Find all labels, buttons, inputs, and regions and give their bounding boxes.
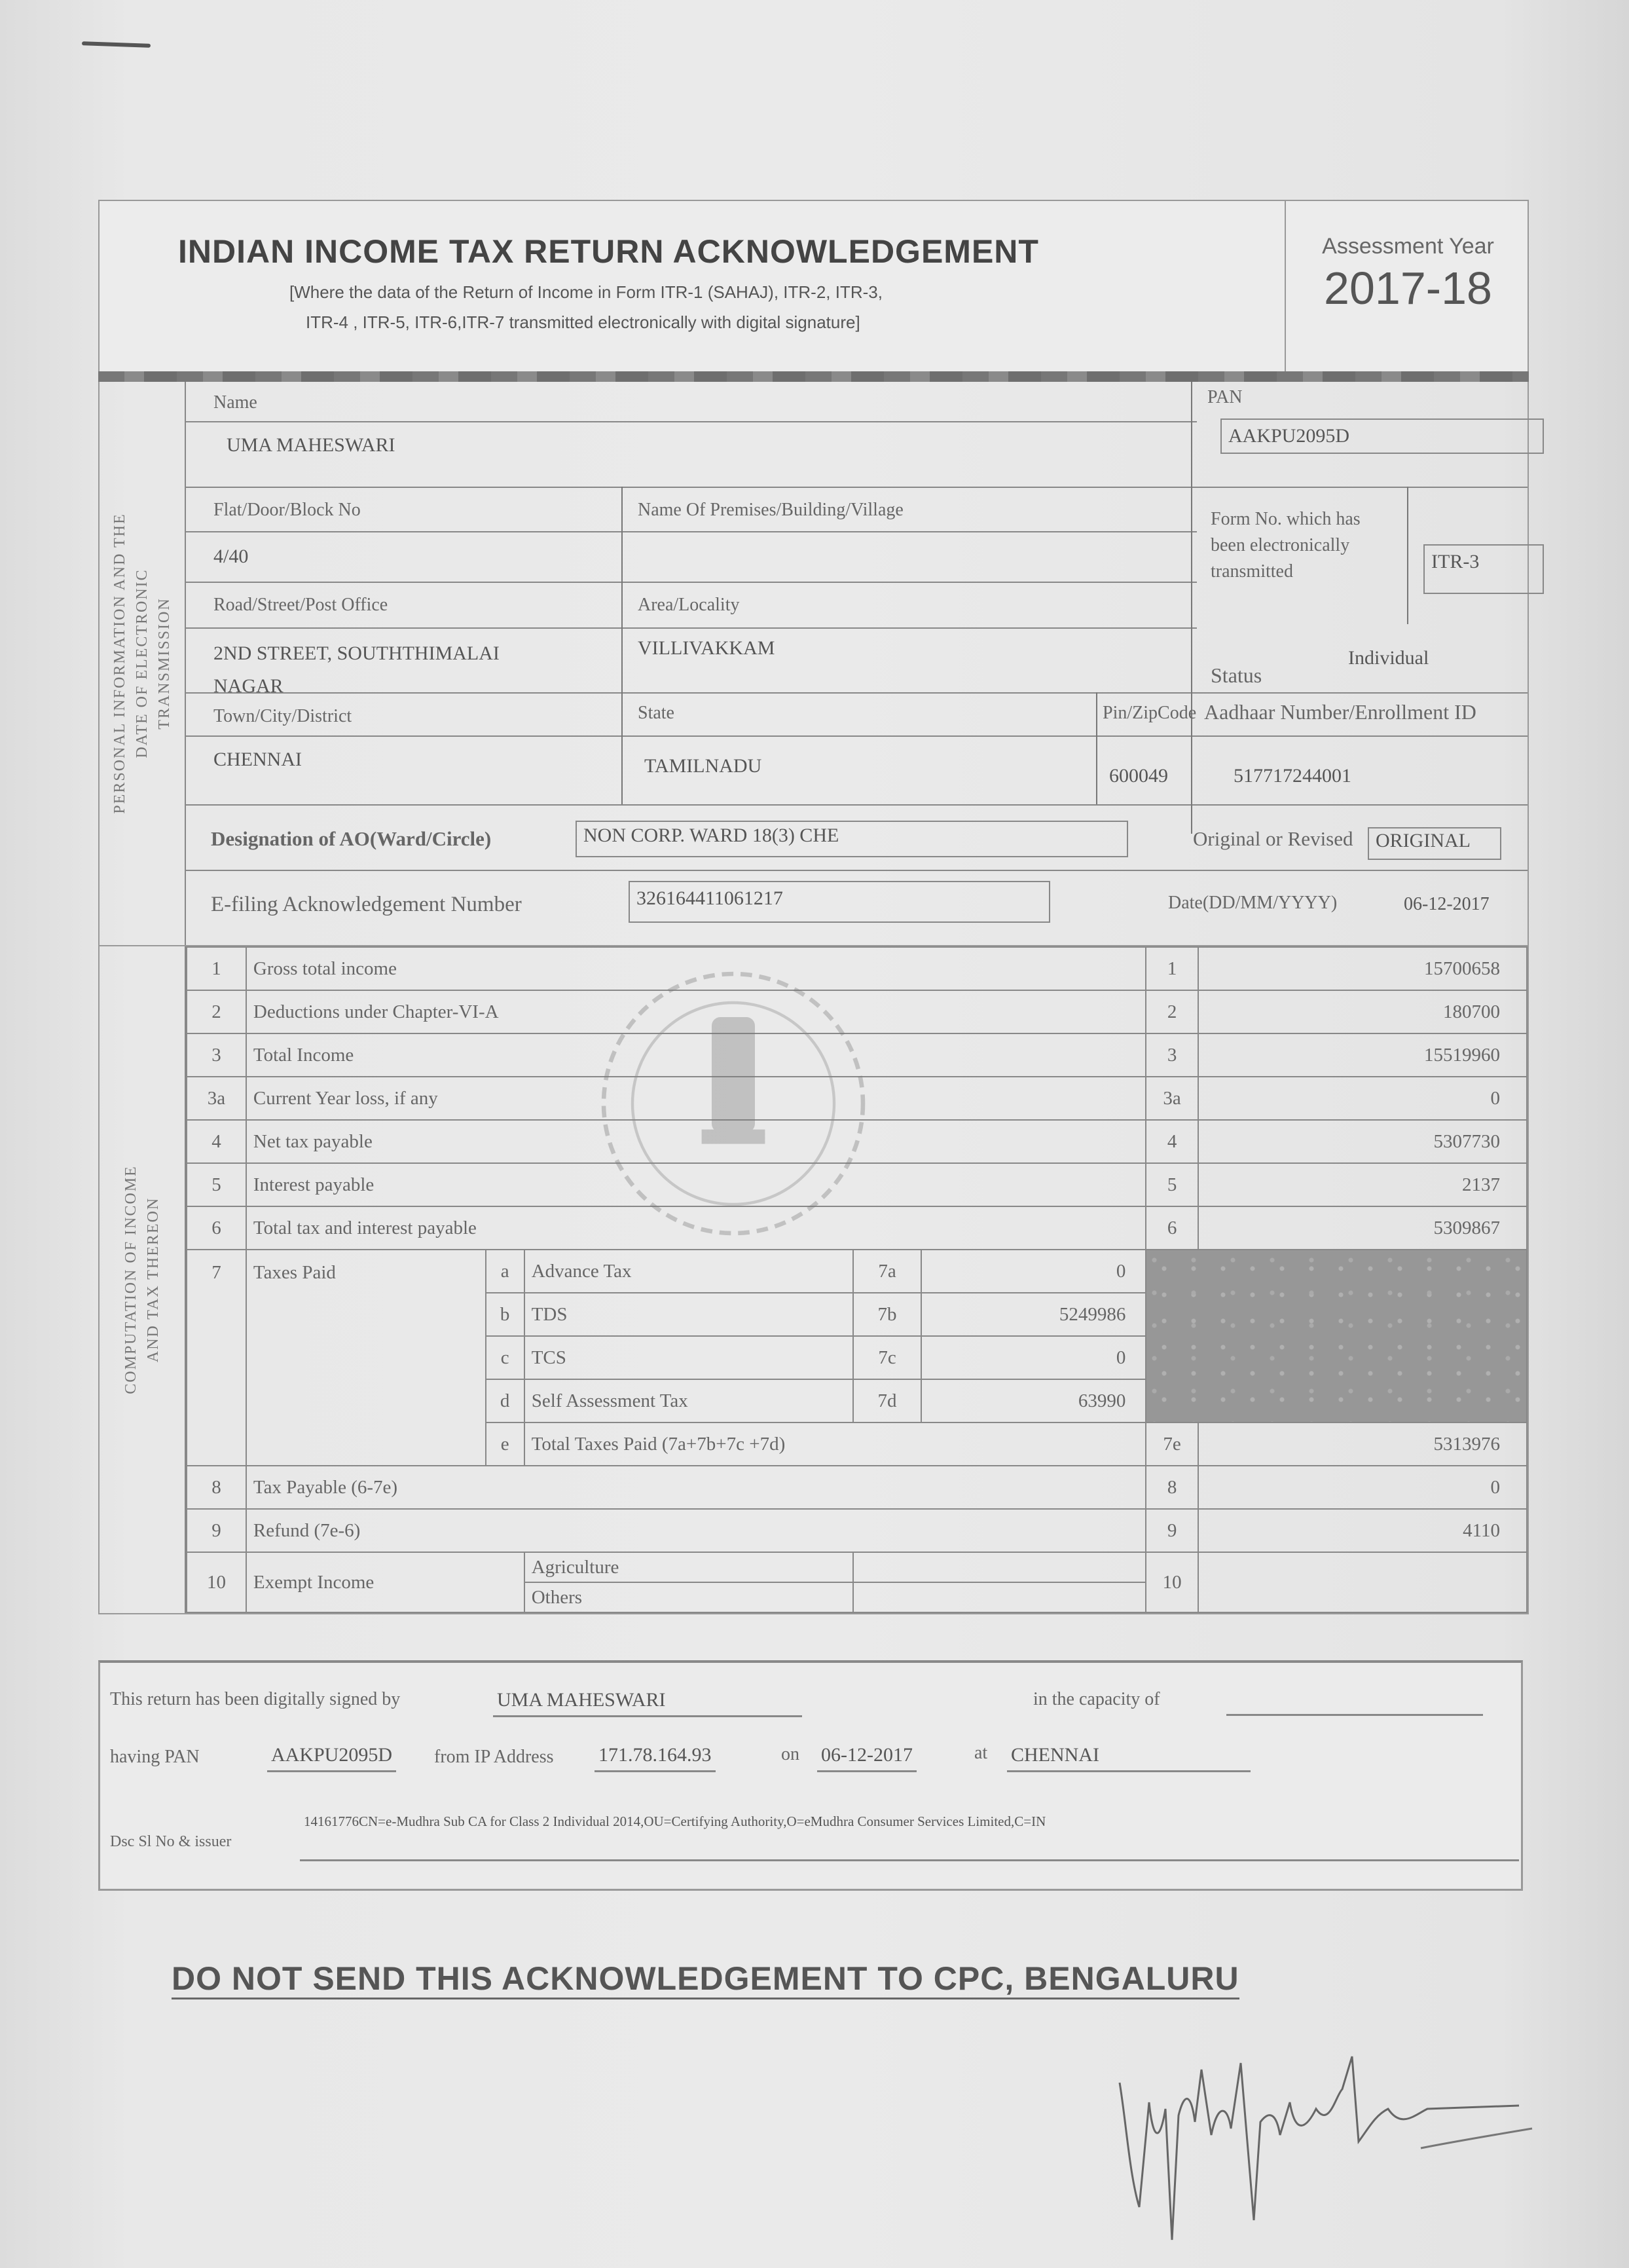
date-value: 06-12-2017: [1404, 894, 1490, 915]
signed-date-value: 06-12-2017: [817, 1744, 917, 1772]
item-label: TCS: [524, 1336, 853, 1379]
handwritten-signature-icon: [1113, 2043, 1545, 2259]
table-row: 9 Refund (7e-6) 9 4110: [187, 1509, 1527, 1552]
ao-label: Designation of AO(Ward/Circle): [211, 827, 491, 851]
item-letter: b: [486, 1293, 524, 1336]
personal-info-grid: Name UMA MAHESWARI PAN AAKPU2095D Flat/D…: [186, 382, 1528, 945]
row-label: Exempt Income: [246, 1552, 524, 1612]
road-label: Road/Street/Post Office: [213, 595, 388, 616]
flat-value: 4/40: [213, 546, 248, 568]
row-ref: 3a: [1146, 1077, 1198, 1120]
row-number: 8: [187, 1466, 246, 1509]
row-amount: 5309867: [1198, 1206, 1527, 1250]
ack-number-label: E-filing Acknowledgement Number: [211, 893, 522, 917]
item-letter: e: [486, 1422, 524, 1466]
row-label: Refund (7e-6): [246, 1509, 1146, 1552]
header-divider: [98, 371, 1529, 382]
original-revised-value: ORIGINAL: [1368, 827, 1501, 860]
personal-info-side-label: PERSONAL INFORMATION AND THE DATE OF ELE…: [100, 382, 186, 945]
row-number: 4: [187, 1120, 246, 1163]
signature-block: This return has been digitally signed by…: [98, 1660, 1523, 1891]
row-ref: 1: [1146, 947, 1198, 990]
row-ref: 6: [1146, 1206, 1198, 1250]
row-label: Current Year loss, if any: [246, 1077, 1146, 1120]
others-label: Others: [524, 1582, 853, 1612]
item-ref: 7b: [853, 1293, 922, 1336]
pan-value: AAKPU2095D: [1220, 418, 1544, 454]
row-amount: 4110: [1198, 1509, 1527, 1552]
row-ref: 2: [1146, 990, 1198, 1033]
row-ref: 10: [1146, 1552, 1198, 1612]
subtitle-line-2: ITR-4 , ITR-5, ITR-6,ITR-7 transmitted e…: [289, 307, 1239, 337]
town-label: Town/City/District: [213, 706, 352, 727]
taxes-paid-label: Taxes Paid: [246, 1250, 486, 1466]
table-row: 3 Total Income 3 15519960: [187, 1033, 1527, 1077]
acknowledgement-form: INDIAN INCOME TAX RETURN ACKNOWLEDGEMENT…: [98, 200, 1529, 1614]
row-amount: 2137: [1198, 1163, 1527, 1206]
ip-label: from IP Address: [434, 1747, 554, 1768]
form-subtitle: [Where the data of the Return of Income …: [289, 277, 1239, 337]
total-taxes-amount: 5313976: [1198, 1422, 1527, 1466]
item-ref: 7d: [853, 1379, 922, 1422]
dsc-label: Dsc Sl No & issuer: [110, 1833, 231, 1851]
aadhaar-label: Aadhaar Number/Enrollment ID: [1204, 700, 1476, 724]
personal-info-section: PERSONAL INFORMATION AND THE DATE OF ELE…: [98, 382, 1529, 946]
dsc-value: 14161776CN=e-Mudhra Sub CA for Class 2 I…: [300, 1813, 1519, 1861]
ip-value: 171.78.164.93: [595, 1744, 716, 1772]
road-value: 2ND STREET, SOUTHTHIMALAI NAGAR: [213, 637, 500, 703]
area-label: Area/Locality: [638, 595, 739, 616]
exempt-income-row: 10 Exempt Income Agriculture 10: [187, 1552, 1527, 1582]
item-letter: a: [486, 1250, 524, 1293]
place-value: CHENNAI: [1007, 1744, 1251, 1772]
table-row: 5 Interest payable 5 2137: [187, 1163, 1527, 1206]
row-number: 1: [187, 947, 246, 990]
row-ref: 8: [1146, 1466, 1198, 1509]
pin-label: Pin/ZipCode: [1103, 703, 1196, 724]
status-label: Status: [1211, 663, 1262, 688]
row-number: 7: [187, 1250, 246, 1466]
total-taxes-label: Total Taxes Paid (7a+7b+7c +7d): [524, 1422, 1146, 1466]
subtitle-line-1: [Where the data of the Return of Income …: [289, 282, 883, 302]
footer-notice: DO NOT SEND THIS ACKNOWLEDGEMENT TO CPC,…: [172, 1960, 1239, 1999]
row-label: Gross total income: [246, 947, 1146, 990]
row-number: 6: [187, 1206, 246, 1250]
agriculture-label: Agriculture: [524, 1552, 853, 1582]
item-amount: 0: [921, 1250, 1146, 1293]
table-row: 8 Tax Payable (6-7e) 8 0: [187, 1466, 1527, 1509]
item-ref: 7a: [853, 1250, 922, 1293]
row-label: Deductions under Chapter-VI-A: [246, 990, 1146, 1033]
item-letter: d: [486, 1379, 524, 1422]
date-label: Date(DD/MM/YYYY): [1168, 893, 1337, 914]
table-row: 6 Total tax and interest payable 6 53098…: [187, 1206, 1527, 1250]
row-ref: 3: [1146, 1033, 1198, 1077]
row-label: Interest payable: [246, 1163, 1146, 1206]
row-label: Net tax payable: [246, 1120, 1146, 1163]
row-ref: 9: [1146, 1509, 1198, 1552]
item-amount: 5249986: [921, 1293, 1146, 1336]
computation-table: 1 Gross total income 1 15700658 2 Deduct…: [186, 946, 1528, 1613]
name-label: Name: [213, 392, 257, 413]
scan-mark: [82, 41, 151, 48]
item-amount: 0: [921, 1336, 1146, 1379]
town-value: CHENNAI: [213, 749, 302, 771]
item-label: Self Assessment Tax: [524, 1379, 853, 1422]
capacity-value: [1226, 1689, 1483, 1716]
row-number: 2: [187, 990, 246, 1033]
table-row: 3a Current Year loss, if any 3a 0: [187, 1077, 1527, 1120]
row-amount: [1198, 1552, 1527, 1612]
taxes-paid-row: 7 Taxes Paid a Advance Tax 7a 0: [187, 1250, 1527, 1293]
form-header: INDIAN INCOME TAX RETURN ACKNOWLEDGEMENT…: [98, 200, 1529, 371]
flat-label: Flat/Door/Block No: [213, 500, 361, 521]
item-ref: 7c: [853, 1336, 922, 1379]
row-number: 3: [187, 1033, 246, 1077]
on-label: on: [781, 1744, 799, 1765]
ack-number-value: 326164411061217: [629, 881, 1050, 923]
computation-side-label: COMPUTATION OF INCOME AND TAX THEREON: [100, 946, 186, 1613]
redacted-area: [1146, 1250, 1527, 1422]
item-label: Advance Tax: [524, 1250, 853, 1293]
at-label: at: [974, 1743, 987, 1764]
signed-by-value: UMA MAHESWARI: [493, 1689, 802, 1717]
row-ref: 5: [1146, 1163, 1198, 1206]
capacity-label: in the capacity of: [1033, 1689, 1160, 1710]
having-pan-label: having PAN: [110, 1747, 200, 1768]
row-label: Total tax and interest payable: [246, 1206, 1146, 1250]
row-amount: 0: [1198, 1466, 1527, 1509]
assessment-year-box: Assessment Year 2017-18: [1285, 201, 1530, 371]
row-label: Tax Payable (6-7e): [246, 1466, 1146, 1509]
pan-label: PAN: [1207, 387, 1242, 408]
premises-label: Name Of Premises/Building/Village: [638, 500, 904, 521]
row-number: 9: [187, 1509, 246, 1552]
item-amount: 63990: [921, 1379, 1146, 1422]
form-title: INDIAN INCOME TAX RETURN ACKNOWLEDGEMENT: [178, 232, 1039, 270]
state-label: State: [638, 703, 674, 724]
row-amount: 15700658: [1198, 947, 1527, 990]
row-ref: 7e: [1146, 1422, 1198, 1466]
name-value: UMA MAHESWARI: [227, 434, 395, 456]
assessment-year-label: Assessment Year: [1286, 234, 1530, 259]
row-amount: 5307730: [1198, 1120, 1527, 1163]
pin-value: 600049: [1109, 765, 1168, 787]
state-value: TAMILNADU: [644, 755, 761, 777]
area-value: VILLIVAKKAM: [638, 637, 775, 660]
row-amount: 15519960: [1198, 1033, 1527, 1077]
signed-pan-value: AAKPU2095D: [267, 1744, 396, 1772]
item-label: TDS: [524, 1293, 853, 1336]
row-number: 10: [187, 1552, 246, 1612]
table-row: 4 Net tax payable 4 5307730: [187, 1120, 1527, 1163]
row-amount: 180700: [1198, 990, 1527, 1033]
assessment-year-value: 2017-18: [1286, 262, 1530, 314]
row-number: 5: [187, 1163, 246, 1206]
aadhaar-value: 517717244001: [1234, 765, 1351, 787]
table-row: 2 Deductions under Chapter-VI-A 2 180700: [187, 990, 1527, 1033]
status-value: Individual: [1348, 647, 1429, 669]
row-label: Total Income: [246, 1033, 1146, 1077]
row-ref: 4: [1146, 1120, 1198, 1163]
original-revised-label: Original or Revised: [1193, 827, 1353, 851]
computation-section: COMPUTATION OF INCOME AND TAX THEREON 1 …: [98, 946, 1529, 1614]
form-no-value: ITR-3: [1423, 544, 1544, 594]
row-number: 3a: [187, 1077, 246, 1120]
signed-by-label: This return has been digitally signed by: [110, 1689, 400, 1710]
ao-value: NON CORP. WARD 18(3) CHE: [576, 821, 1128, 857]
table-row: 1 Gross total income 1 15700658: [187, 947, 1527, 990]
row-amount: 0: [1198, 1077, 1527, 1120]
item-letter: c: [486, 1336, 524, 1379]
form-no-label: Form No. which has been electronically t…: [1211, 506, 1394, 585]
